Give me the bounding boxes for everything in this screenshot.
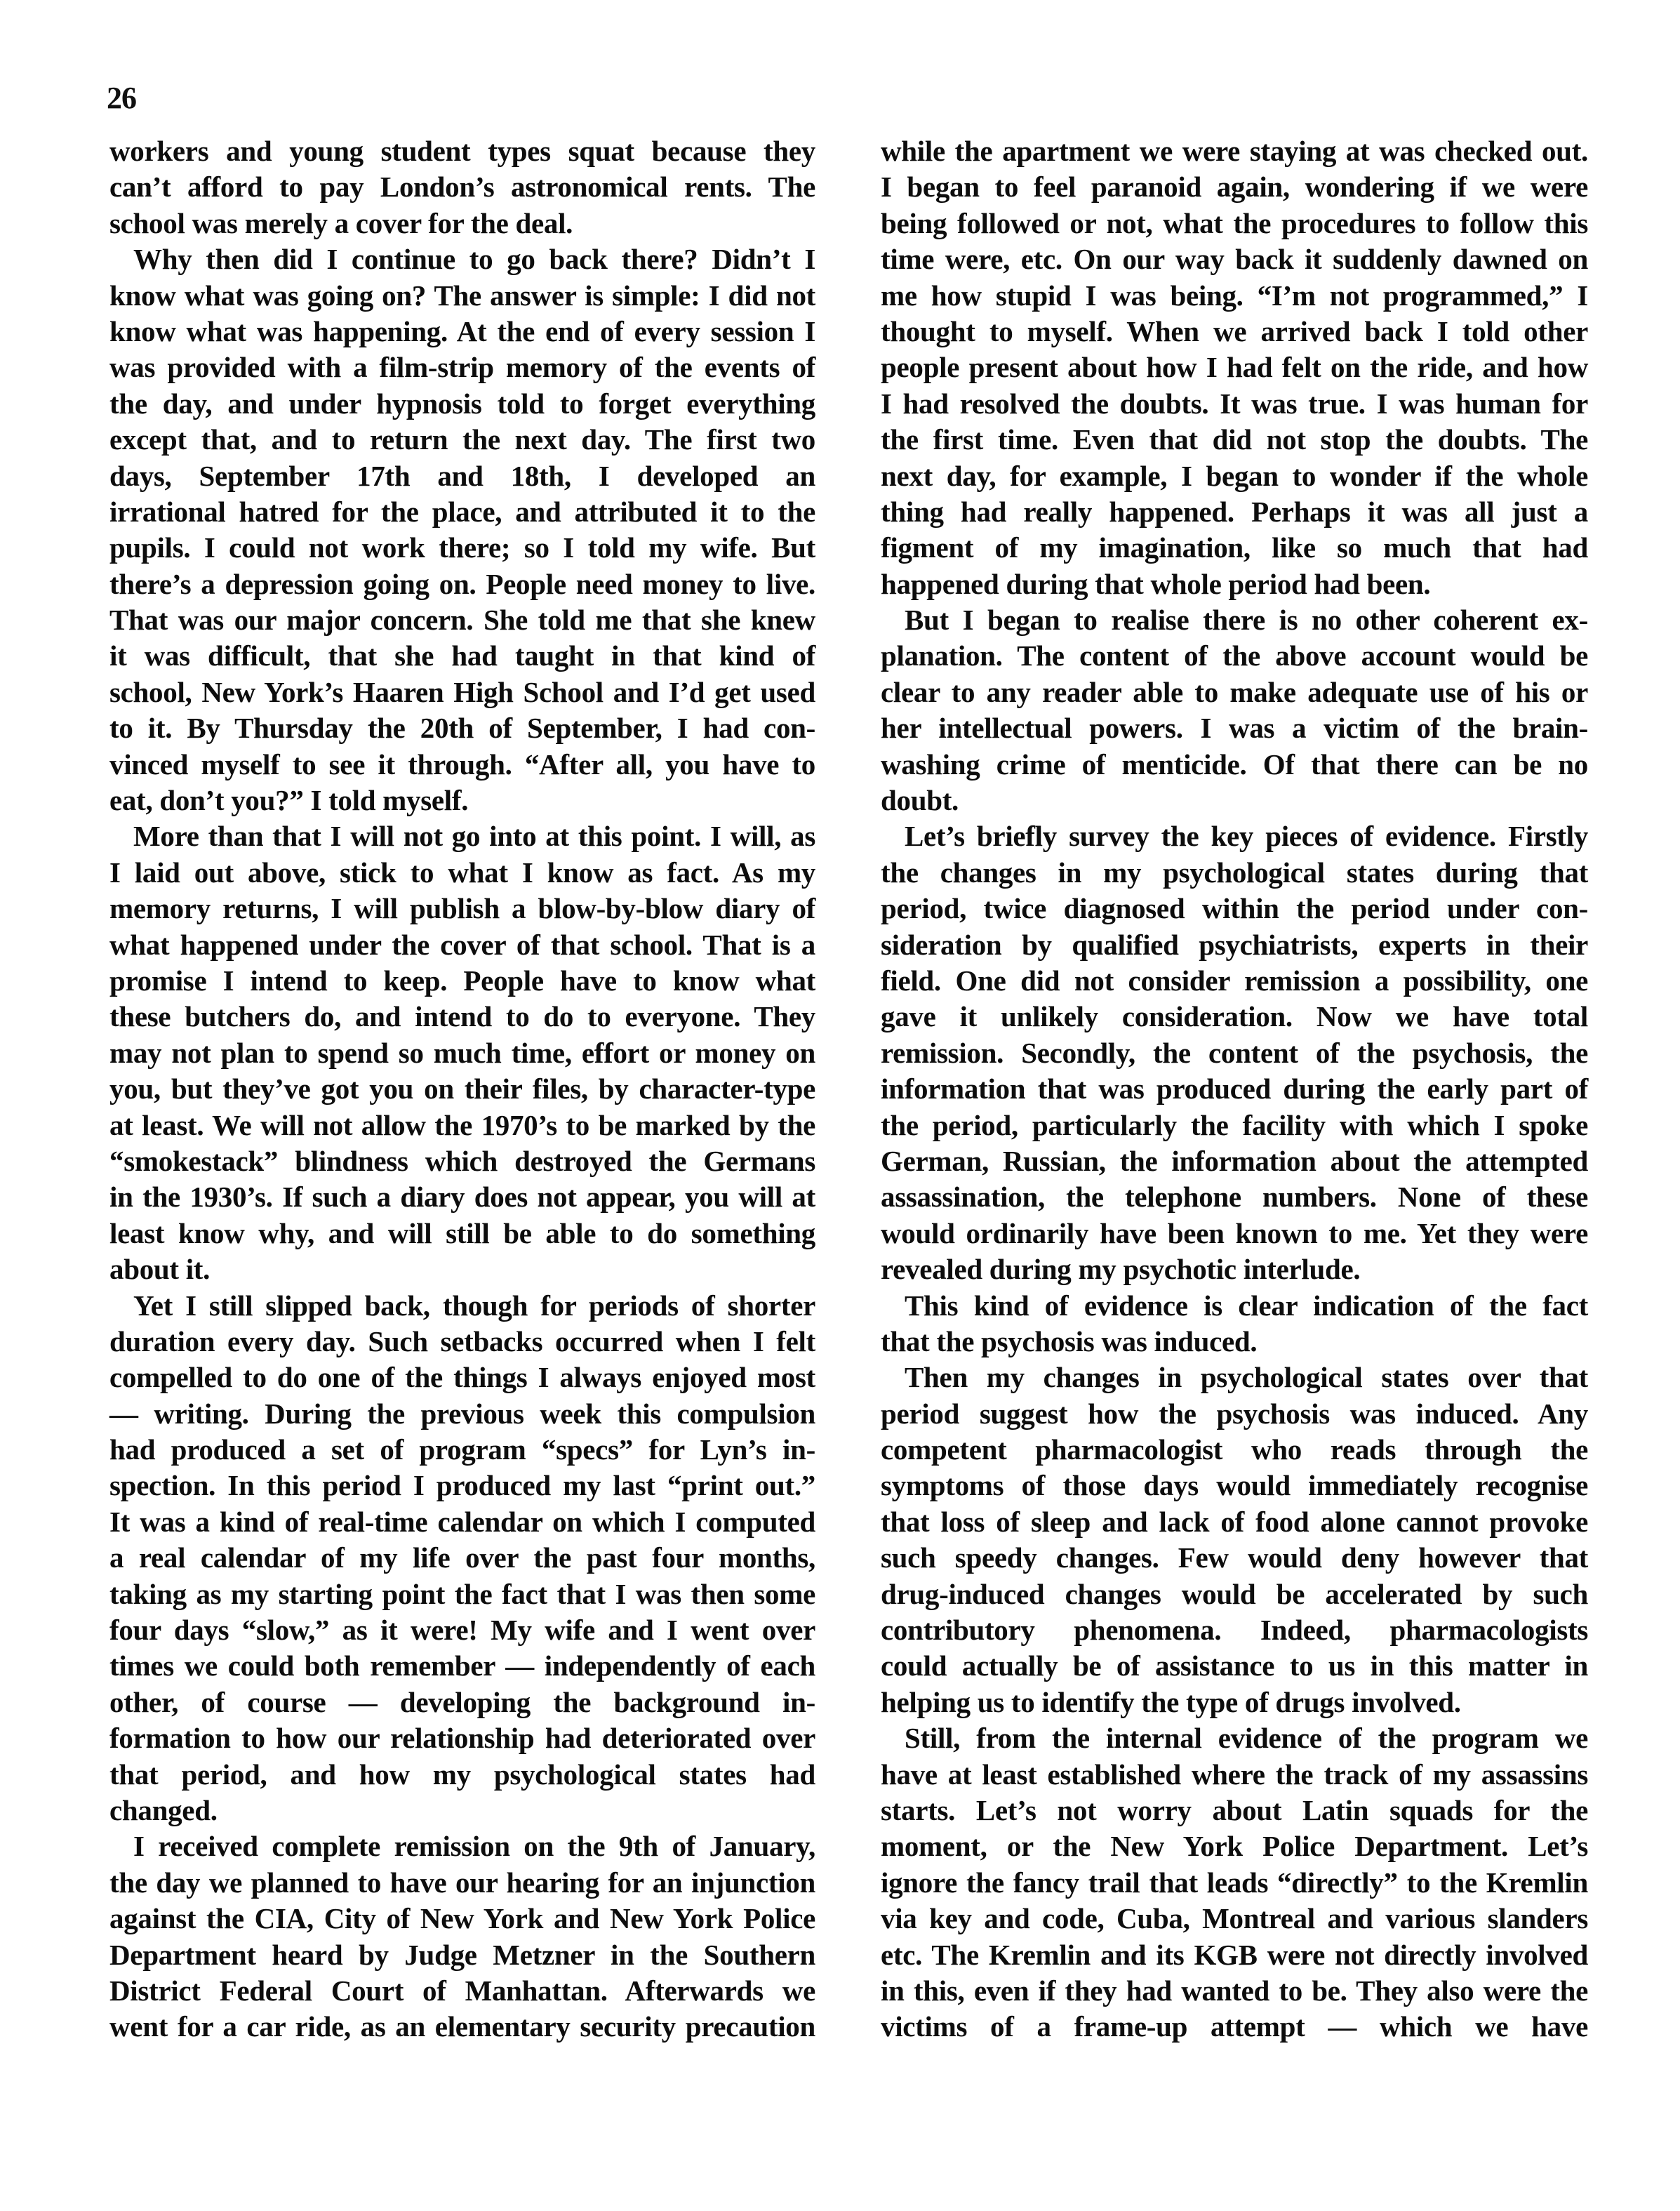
text-line: in the 1930’s. If such a diary does not …: [109, 1179, 815, 1215]
text-line: German, Russian, the information about t…: [881, 1143, 1588, 1179]
paragraph-start-line: Let’s briefly survey the key pieces of e…: [881, 818, 1588, 854]
text-line: thing had really happened. Perhaps it wa…: [881, 494, 1588, 530]
right-column: while the apartment we were staying at w…: [881, 133, 1588, 2045]
text-line: compelled to do one of the things I alwa…: [109, 1360, 815, 1395]
text-line: duration every day. Such setbacks occurr…: [109, 1324, 815, 1360]
text-line: these butchers do, and intend to do to e…: [109, 999, 815, 1035]
text-line: a real calendar of my life over the past…: [109, 1540, 815, 1576]
text-line: me how stupid I was being. “I’m not prog…: [881, 278, 1588, 314]
text-line: had produced a set of program “specs” fo…: [109, 1432, 815, 1468]
text-line: drug-induced changes would be accelerate…: [881, 1576, 1588, 1612]
text-line: to it. By Thursday the 20th of September…: [109, 710, 815, 746]
text-line: changed.: [109, 1793, 815, 1828]
text-line: about it.: [109, 1251, 815, 1287]
paragraph-start-line: More than that I will not go into at thi…: [109, 818, 815, 854]
text-line: planation. The content of the above acco…: [881, 638, 1588, 674]
text-line: eat, don’t you?” I told myself.: [109, 783, 815, 818]
page-number: 26: [107, 79, 136, 118]
text-line: I had resolved the doubts. It was true. …: [881, 386, 1588, 422]
text-line: — writing. During the previous week this…: [109, 1396, 815, 1432]
text-line: etc. The Kremlin and its KGB were not di…: [881, 1937, 1588, 1973]
text-line: other, of course — developing the backgr…: [109, 1685, 815, 1720]
text-line: time were, etc. On our way back it sudde…: [881, 241, 1588, 277]
text-line: ignore the fancy trail that leads “direc…: [881, 1865, 1588, 1901]
text-line: helping us to identify the type of drugs…: [881, 1685, 1588, 1720]
text-line: taking as my starting point the fact tha…: [109, 1576, 815, 1612]
text-line: revealed during my psychotic interlude.: [881, 1251, 1588, 1287]
text-line: school was merely a cover for the deal.: [109, 206, 815, 241]
text-line: promise I intend to keep. People have to…: [109, 963, 815, 999]
text-line: “smokestack” blindness which destroyed t…: [109, 1143, 815, 1179]
text-line: victims of a frame-up attempt — which we…: [881, 2009, 1588, 2045]
text-line: would ordinarily have been known to me. …: [881, 1216, 1588, 1251]
text-line: in this, even if they had wanted to be. …: [881, 1973, 1588, 2009]
text-line: such speedy changes. Few would deny howe…: [881, 1540, 1588, 1576]
text-line: next day, for example, I began to wonder…: [881, 458, 1588, 494]
text-line: thought to myself. When we arrived back …: [881, 314, 1588, 350]
text-line: workers and young student types squat be…: [109, 133, 815, 169]
text-line: was provided with a film-strip memory of…: [109, 350, 815, 385]
text-line: starts. Let’s not worry about Latin squa…: [881, 1793, 1588, 1828]
text-line: vinced myself to see it through. “After …: [109, 747, 815, 783]
text-line: sideration by qualified psychiatrists, e…: [881, 927, 1588, 963]
paragraph-start-line: But I began to realise there is no other…: [881, 602, 1588, 638]
text-line: field. One did not consider remission a …: [881, 963, 1588, 999]
text-line: memory returns, I will publish a blow-by…: [109, 891, 815, 927]
text-line: I laid out above, stick to what I know a…: [109, 855, 815, 891]
text-line: can’t afford to pay London’s astronomica…: [109, 169, 815, 205]
text-line: period, twice diagnosed within the perio…: [881, 891, 1588, 927]
text-line: via key and code, Cuba, Montreal and var…: [881, 1901, 1588, 1937]
text-line: the day, and under hypnosis told to forg…: [109, 386, 815, 422]
text-line: spection. In this period I produced my l…: [109, 1468, 815, 1503]
text-line: moment, or the New York Police Departmen…: [881, 1828, 1588, 1864]
text-line: formation to how our relationship had de…: [109, 1720, 815, 1756]
text-line: four days “slow,” as it were! My wife an…: [109, 1612, 815, 1648]
text-line: symptoms of those days would immediately…: [881, 1468, 1588, 1503]
text-line: Department heard by Judge Metzner in the…: [109, 1937, 815, 1973]
text-line: that period, and how my psychological st…: [109, 1757, 815, 1793]
paragraph-start-line: This kind of evidence is clear indicatio…: [881, 1288, 1588, 1324]
text-line: information that was produced during the…: [881, 1071, 1588, 1107]
paragraph-start-line: I received complete remission on the 9th…: [109, 1828, 815, 1864]
text-line: pupils. I could not work there; so I tol…: [109, 530, 815, 566]
text-line: remission. Secondly, the content of the …: [881, 1035, 1588, 1071]
text-line: it was difficult, that she had taught in…: [109, 638, 815, 674]
text-line: least know why, and will still be able t…: [109, 1216, 815, 1251]
text-line: the first time. Even that did not stop t…: [881, 422, 1588, 458]
text-line: That was our major concern. She told me …: [109, 602, 815, 638]
text-line: the changes in my psychological states d…: [881, 855, 1588, 891]
text-line: went for a car ride, as an elementary se…: [109, 2009, 815, 2045]
text-line: school, New York’s Haaren High School an…: [109, 675, 815, 710]
text-line: period suggest how the psychosis was ind…: [881, 1396, 1588, 1432]
paragraph-start-line: Yet I still slipped back, though for per…: [109, 1288, 815, 1324]
text-line: could actually be of assistance to us in…: [881, 1648, 1588, 1684]
text-line: know what was going on? The answer is si…: [109, 278, 815, 314]
text-line: District Federal Court of Manhattan. Aft…: [109, 1973, 815, 2009]
paragraph-start-line: Why then did I continue to go back there…: [109, 241, 815, 277]
text-line: clear to any reader able to make adequat…: [881, 675, 1588, 710]
text-line: at least. We will not allow the 1970’s t…: [109, 1108, 815, 1143]
text-line: while the apartment we were staying at w…: [881, 133, 1588, 169]
text-line: washing crime of menticide. Of that ther…: [881, 747, 1588, 783]
text-line: against the CIA, City of New York and Ne…: [109, 1901, 815, 1937]
text-line: happened during that whole period had be…: [881, 566, 1588, 602]
left-column: workers and young student types squat be…: [109, 133, 815, 2045]
text-line: have at least established where the trac…: [881, 1757, 1588, 1793]
text-line: what happened under the cover of that sc…: [109, 927, 815, 963]
text-line: contributory phenomena. Indeed, pharmaco…: [881, 1612, 1588, 1648]
text-line: that loss of sleep and lack of food alon…: [881, 1504, 1588, 1540]
text-line: except that, and to return the next day.…: [109, 422, 815, 458]
text-line: her intellectual powers. I was a victim …: [881, 710, 1588, 746]
text-line: may not plan to spend so much time, effo…: [109, 1035, 815, 1071]
paragraph-start-line: Still, from the internal evidence of the…: [881, 1720, 1588, 1756]
text-line: I began to feel paranoid again, wonderin…: [881, 169, 1588, 205]
text-line: the day we planned to have our hearing f…: [109, 1865, 815, 1901]
text-line: people present about how I had felt on t…: [881, 350, 1588, 385]
text-line: there’s a depression going on. People ne…: [109, 566, 815, 602]
text-line: days, September 17th and 18th, I develop…: [109, 458, 815, 494]
text-line: irrational hatred for the place, and att…: [109, 494, 815, 530]
text-line: the period, particularly the facility wi…: [881, 1108, 1588, 1143]
text-line: gave it unlikely consideration. Now we h…: [881, 999, 1588, 1035]
document-page: 26 workers and young student types squat…: [0, 0, 1680, 2211]
text-line: assassination, the telephone numbers. No…: [881, 1179, 1588, 1215]
text-line: that the psychosis was induced.: [881, 1324, 1588, 1360]
text-line: It was a kind of real-time calendar on w…: [109, 1504, 815, 1540]
text-line: being followed or not, what the procedur…: [881, 206, 1588, 241]
text-line: competent pharmacologist who reads throu…: [881, 1432, 1588, 1468]
text-line: figment of my imagination, like so much …: [881, 530, 1588, 566]
paragraph-start-line: Then my changes in psychological states …: [881, 1360, 1588, 1395]
text-line: you, but they’ve got you on their files,…: [109, 1071, 815, 1107]
text-line: times we could both remember — independe…: [109, 1648, 815, 1684]
text-line: doubt.: [881, 783, 1588, 818]
text-line: know what was happening. At the end of e…: [109, 314, 815, 350]
